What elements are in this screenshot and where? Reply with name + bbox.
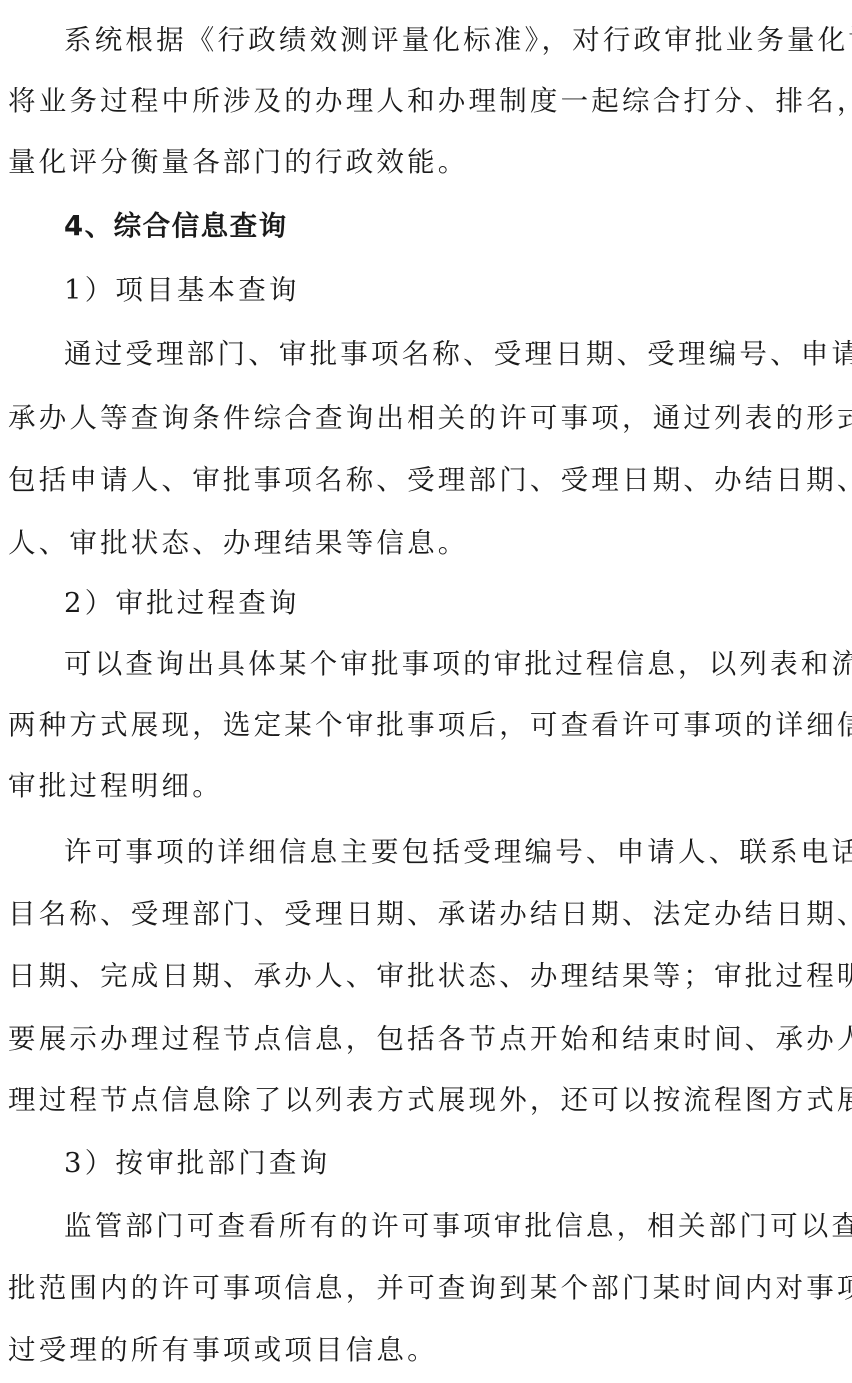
paragraph-line: 可以查询出具体某个审批事项的审批过程信息，以列表和流程图 bbox=[64, 646, 852, 682]
paragraph-line: 通过受理部门、审批事项名称、受理日期、受理编号、申请人、 bbox=[64, 336, 852, 372]
paragraph-line: 两种方式展现，选定某个审批事项后，可查看许可事项的详细信息和 bbox=[8, 707, 852, 743]
paragraph-line: 过受理的所有事项或项目信息。 bbox=[8, 1332, 438, 1368]
section-heading: 4、综合信息查询 bbox=[64, 208, 288, 244]
subsection-heading: 2）审批过程查询 bbox=[64, 585, 300, 621]
paragraph-line: 许可事项的详细信息主要包括受理编号、申请人、联系电话、项 bbox=[64, 834, 852, 870]
subsection-heading: 3）按审批部门查询 bbox=[64, 1145, 330, 1181]
paragraph-line: 系统根据《行政绩效测评量化标准》，对行政审批业务量化评分， bbox=[64, 22, 852, 58]
paragraph-line: 人、审批状态、办理结果等信息。 bbox=[8, 525, 469, 561]
paragraph-line: 日期、完成日期、承办人、审批状态、办理结果等；审批过程明细主 bbox=[8, 958, 852, 994]
subsection-heading: 1）项目基本查询 bbox=[64, 272, 300, 308]
paragraph-line: 承办人等查询条件综合查询出相关的许可事项，通过列表的形式显示， bbox=[8, 400, 852, 436]
paragraph-line: 要展示办理过程节点信息，包括各节点开始和结束时间、承办人，办 bbox=[8, 1021, 852, 1057]
paragraph-line: 审批过程明细。 bbox=[8, 768, 223, 804]
paragraph-line: 将业务过程中所涉及的办理人和办理制度一起综合打分、排名，通过 bbox=[8, 83, 852, 119]
paragraph-line: 包括申请人、审批事项名称、受理部门、受理日期、办结日期、承办 bbox=[8, 462, 852, 498]
paragraph-line: 目名称、受理部门、受理日期、承诺办结日期、法定办结日期、办结 bbox=[8, 896, 852, 932]
paragraph-line: 监管部门可查看所有的许可事项审批信息，相关部门可以查看审 bbox=[64, 1208, 852, 1244]
paragraph-line: 理过程节点信息除了以列表方式展现外，还可以按流程图方式展现。 bbox=[8, 1082, 852, 1118]
paragraph-line: 批范围内的许可事项信息，并可查询到某个部门某时间内对事项所做 bbox=[8, 1270, 852, 1306]
paragraph-line: 量化评分衡量各部门的行政效能。 bbox=[8, 144, 469, 180]
